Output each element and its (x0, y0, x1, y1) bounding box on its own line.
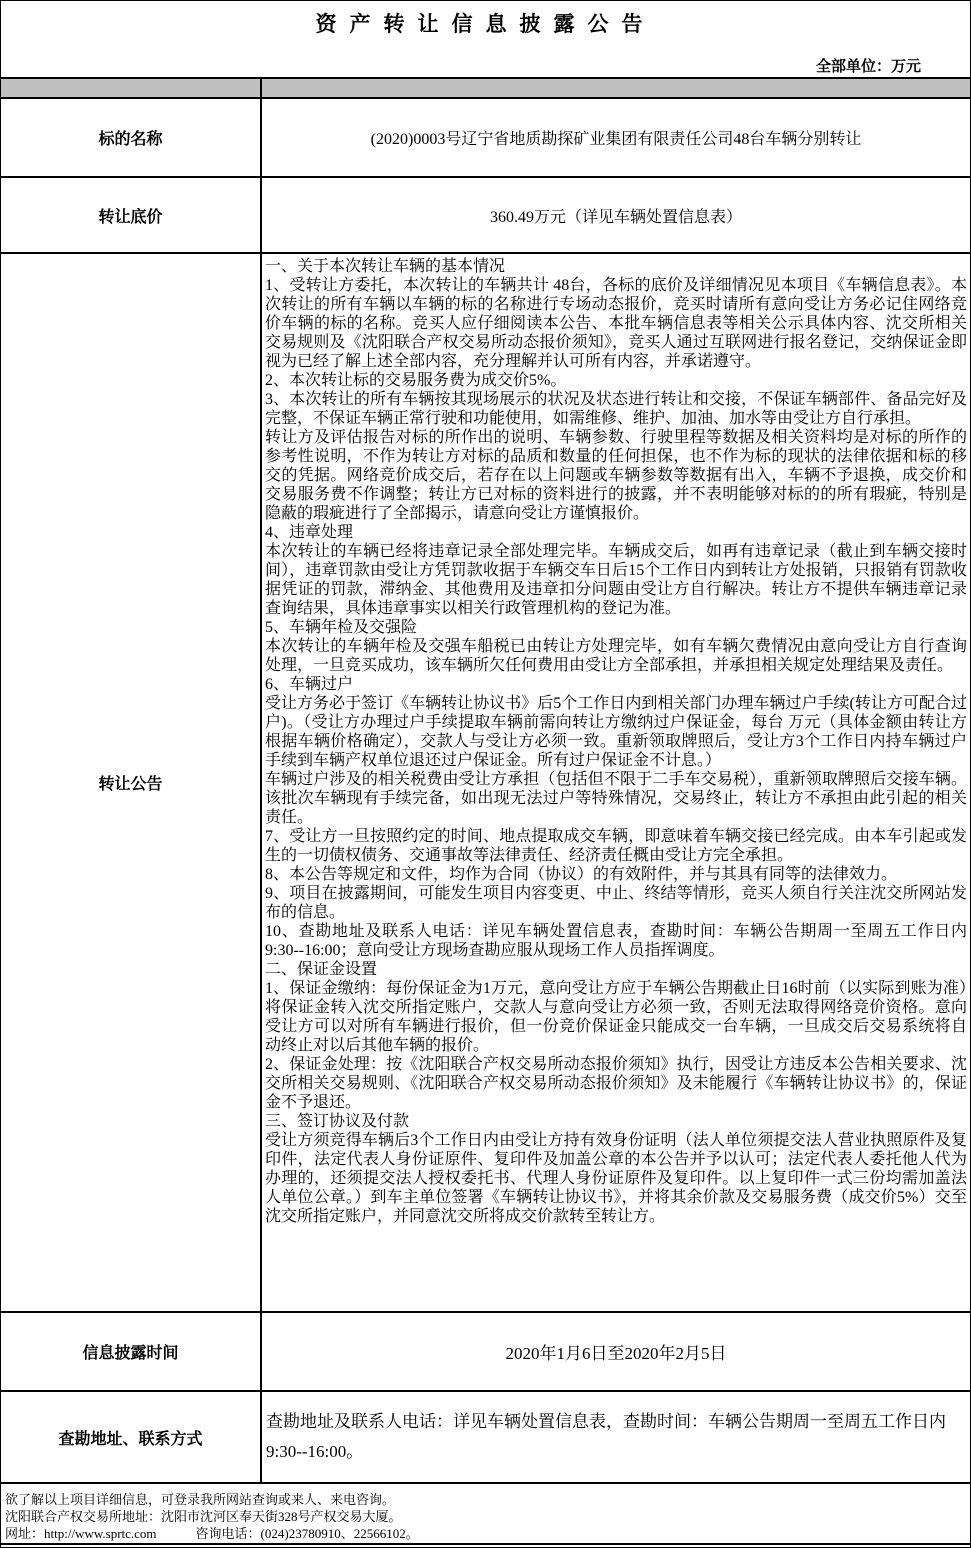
base-price-value: 360.49万元（详见车辆处置信息表） (262, 178, 970, 252)
notice-paragraph: 车辆过户涉及的相关税费由受让方承担（包括但不限于二手车交易税），重新领取牌照后交… (265, 770, 967, 827)
table-row-base-price: 转让底价 360.49万元（详见车辆处置信息表） (1, 178, 970, 254)
notice-paragraph: 转让方及评估报告对标的所作出的说明、车辆参数、行驶里程等数据及相关资料均是对标的… (265, 428, 967, 523)
notice-paragraph: 5、车辆年检及交强险 (265, 618, 967, 637)
notice-paragraph: 8、本公告等规定和文件，均作为合同（协议）的有效附件，并与其具有同等的法律效力。 (265, 865, 967, 884)
notice-paragraph: 三、签订协议及付款 (265, 1112, 967, 1131)
disclosure-period-label: 信息披露时间 (1, 1313, 262, 1390)
table-row-disclosure-period: 信息披露时间 2020年1月6日至2020年2月5日 (1, 1313, 970, 1392)
announcement-document: 资产转让信息披露公告 全部单位：万元 标的名称 (2020)0003号辽宁省地质… (0, 0, 971, 1548)
table-row-transfer-notice: 转让公告 一、关于本次转让车辆的基本情况1、受转让方委托，本次转让的车辆共计 4… (1, 254, 970, 1313)
subject-name-value: (2020)0003号辽宁省地质勘探矿业集团有限责任公司48台车辆分别转让 (262, 99, 970, 176)
notice-paragraph: 本次转让的车辆已经将违章记录全部处理完毕。车辆成交后，如再有违章记录（截止到车辆… (265, 542, 967, 618)
notice-paragraph: 10、查勘地址及联系人电话：详见车辆处置信息表，查勘时间：车辆公告期周一至周五工… (265, 922, 967, 960)
transfer-notice-label: 转让公告 (1, 254, 262, 1311)
footer-line: 沈阳联合产权交易所地址：沈阳市沈河区奉天街328号产权交易大厦。 (5, 1508, 966, 1525)
notice-paragraph: 1、保证金缴纳：每份保证金为1万元，意向受让方应于车辆公告期截止日16时前（以实… (265, 979, 967, 1055)
document-header: 资产转让信息披露公告 全部单位：万元 (1, 1, 970, 77)
subject-name-label: 标的名称 (1, 99, 262, 176)
notice-paragraph: 受让方务必于签订《车辆转让协议书》后5个工作日内到相关部门办理车辆过户手续(转让… (265, 694, 967, 770)
disclosure-table: 标的名称 (2020)0003号辽宁省地质勘探矿业集团有限责任公司48台车辆分别… (1, 77, 970, 1484)
notice-paragraph: 1、受转让方委托，本次转让的车辆共计 48台，各标的底价及详细情况见本项目《车辆… (265, 276, 967, 371)
table-row-inspection-contact: 查勘地址、联系方式 查勘地址及联系人电话：详见车辆处置信息表，查勘时间：车辆公告… (1, 1392, 970, 1484)
table-row-subject-name: 标的名称 (2020)0003号辽宁省地质勘探矿业集团有限责任公司48台车辆分别… (1, 99, 970, 178)
notice-paragraph: 3、本次转让的所有车辆按其现场展示的状况及状态进行转让和交接，不保证车辆部件、备… (265, 390, 967, 428)
transfer-notice-body: 一、关于本次转让车辆的基本情况1、受转让方委托，本次转让的车辆共计 48台，各标… (262, 254, 970, 1311)
notice-paragraph: 本次转让的车辆年检及交强车船税已由转让方处理完毕，如有车辆欠费情况由意向受让方自… (265, 637, 967, 675)
inspection-contact-label: 查勘地址、联系方式 (1, 1392, 262, 1482)
notice-paragraph: 一、关于本次转让车辆的基本情况 (265, 257, 967, 276)
page-title: 资产转让信息披露公告 (1, 1, 970, 38)
disclosure-period-value: 2020年1月6日至2020年2月5日 (262, 1313, 970, 1390)
table-header-row (1, 79, 970, 99)
document-footer: 欲了解以上项目详细信息，可登录我所网站查询或来人、来电咨询。沈阳联合产权交易所地… (1, 1484, 970, 1545)
header-value-cell (262, 79, 970, 97)
notice-paragraph: 二、保证金设置 (265, 960, 967, 979)
unit-note: 全部单位：万元 (816, 55, 921, 76)
notice-paragraph: 受让方须竞得车辆后3个工作日内由受让方持有效身份证明（法人单位须提交法人营业执照… (265, 1131, 967, 1226)
notice-paragraph: 9、项目在披露期间，可能发生项目内容变更、中止、终结等情形，竞买人须自行关注沈交… (265, 884, 967, 922)
inspection-contact-value: 查勘地址及联系人电话：详见车辆处置信息表，查勘时间：车辆公告期周一至周五工作日内… (262, 1392, 970, 1482)
notice-paragraph: 6、车辆过户 (265, 675, 967, 694)
notice-paragraph: 7、受让方一旦按照约定的时间、地点提取成交车辆，即意味着车辆交接已经完成。由本车… (265, 827, 967, 865)
header-label-cell (1, 79, 262, 97)
notice-paragraph: 2、本次转让标的交易服务费为成交价5%。 (265, 371, 967, 390)
footer-line: 欲了解以上项目详细信息，可登录我所网站查询或来人、来电咨询。 (5, 1491, 966, 1508)
footer-line: 网址：http://www.sprtc.com 咨询电话：(024)237809… (5, 1525, 966, 1542)
notice-paragraph: 2、保证金处理：按《沈阳联合产权交易所动态报价须知》执行，因受让方违反本公告相关… (265, 1055, 967, 1112)
notice-paragraph: 4、违章处理 (265, 523, 967, 542)
base-price-label: 转让底价 (1, 178, 262, 252)
